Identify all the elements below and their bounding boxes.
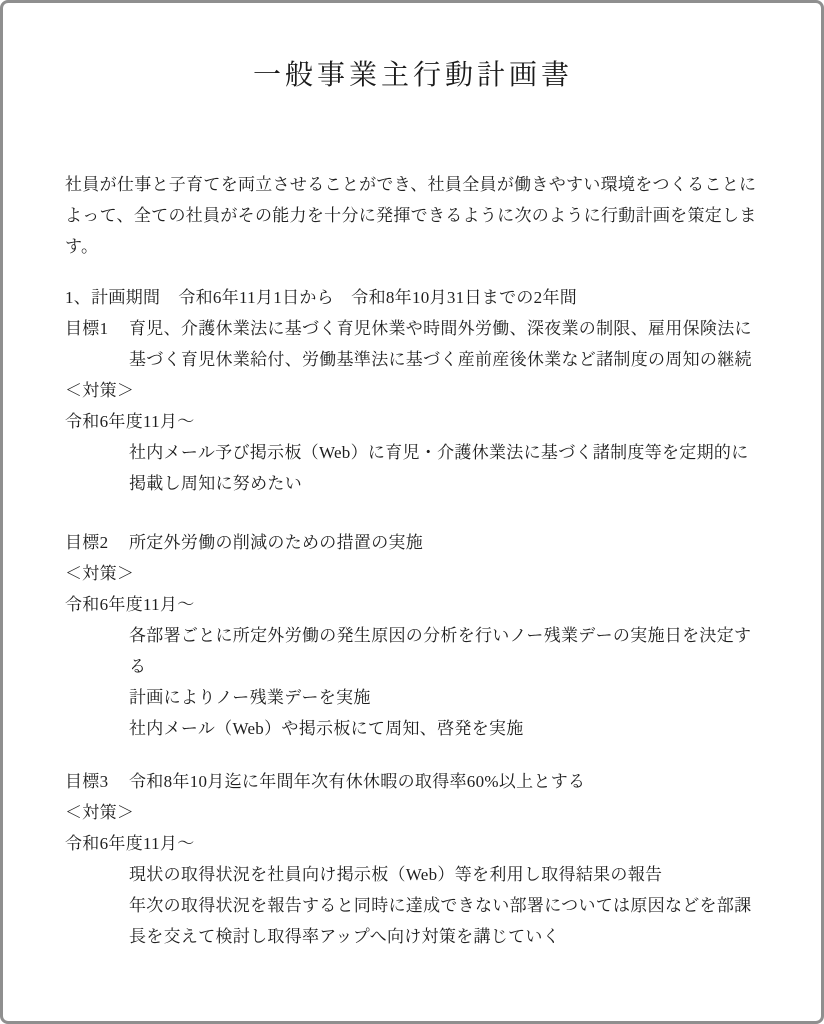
plan-period-line: 1、計画期間 令和6年11月1日から 令和8年10月31日までの2年間 — [65, 282, 761, 313]
goal-1-schedule: 令和6年度11月～ — [65, 406, 761, 437]
goal-2-label: 目標2 — [65, 527, 129, 558]
goal-2-countermeasure-label: ＜対策＞ — [65, 558, 761, 589]
goal-3-heading: 目標3 令和8年10月迄に年間年次有休休暇の取得率60%以上とする — [65, 766, 761, 797]
goal-2-action-3: 社内メール（Web）や掲示板にて周知、啓発を実施 — [129, 713, 761, 744]
goal-section-3: 目標3 令和8年10月迄に年間年次有休休暇の取得率60%以上とする ＜対策＞ 令… — [65, 766, 761, 952]
goal-2-action-2: 計画によりノー残業デーを実施 — [129, 682, 761, 713]
goal-1-heading: 目標1 育児、介護休業法に基づく育児休業や時間外労働、深夜業の制限、雇用保険法に… — [65, 313, 761, 375]
goal-3-action-2: 年次の取得状況を報告すると同時に達成できない部署については原因などを部課長を交え… — [129, 890, 761, 952]
goal-2-text: 所定外労働の削減のための措置の実施 — [129, 527, 761, 558]
goal-section-1: 目標1 育児、介護休業法に基づく育児休業や時間外労働、深夜業の制限、雇用保険法に… — [65, 313, 761, 499]
goal-1-action-1: 社内メール予び掲示板（Web）に育児・介護休業法に基づく諸制度等を定期的に掲載し… — [129, 437, 761, 499]
goal-1-label: 目標1 — [65, 313, 129, 375]
document-title: 一般事業主行動計画書 — [65, 57, 761, 95]
plan-period-text: 令和6年11月1日から 令和8年10月31日までの2年間 — [178, 282, 577, 313]
goal-2-action-1: 各部署ごとに所定外労働の発生原因の分析を行いノー残業デーの実施日を決定する — [129, 620, 761, 682]
document-page: 一般事業主行動計画書 社員が仕事と子育てを両立させることができ、社員全員が働きや… — [0, 0, 824, 1024]
plan-period-label: 1、計画期間 — [65, 282, 160, 313]
intro-paragraph: 社員が仕事と子育てを両立させることができ、社員全員が働きやすい環境をつくることに… — [65, 169, 761, 262]
goal-3-text: 令和8年10月迄に年間年次有休休暇の取得率60%以上とする — [129, 766, 761, 797]
goal-2-schedule: 令和6年度11月～ — [65, 589, 761, 620]
goal-3-label: 目標3 — [65, 766, 129, 797]
goal-1-countermeasure-label: ＜対策＞ — [65, 375, 761, 406]
goal-3-schedule: 令和6年度11月～ — [65, 828, 761, 859]
goal-section-2: 目標2 所定外労働の削減のための措置の実施 ＜対策＞ 令和6年度11月～ 各部署… — [65, 527, 761, 744]
goal-3-countermeasure-label: ＜対策＞ — [65, 797, 761, 828]
goal-3-action-1: 現状の取得状況を社員向け掲示板（Web）等を利用し取得結果の報告 — [129, 859, 761, 890]
goal-1-text: 育児、介護休業法に基づく育児休業や時間外労働、深夜業の制限、雇用保険法に基づく育… — [129, 313, 761, 375]
goal-2-heading: 目標2 所定外労働の削減のための措置の実施 — [65, 527, 761, 558]
document-content: 一般事業主行動計画書 社員が仕事と子育てを両立させることができ、社員全員が働きや… — [3, 3, 821, 952]
